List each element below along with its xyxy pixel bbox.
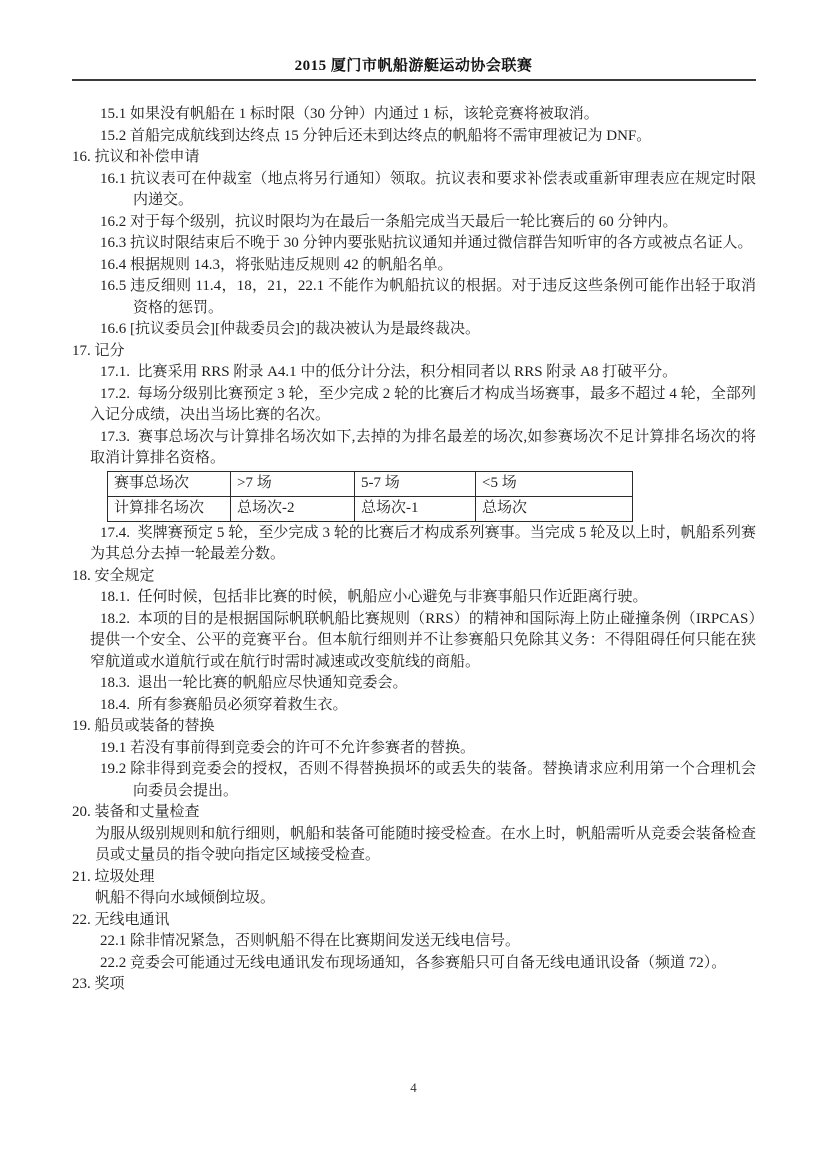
section-18: 18. 安全规定 — [72, 566, 756, 588]
document-body: 15.1 如果没有帆船在 1 标时限（30 分钟）内通过 1 标，该轮竞赛将被取… — [72, 104, 756, 996]
table-row: 计算排名场次总场次-2总场次-1总场次 — [108, 496, 633, 521]
header-divider — [72, 79, 756, 81]
item-18-2: 18.2. 本项的目的是根据国际帆联帆船比赛规则（RRS）的精神和国际海上防止碰… — [72, 609, 756, 674]
section-23: 23. 奖项 — [72, 974, 756, 996]
item-16-4: 16.4 根据规则 14.3，将张贴违反规则 42 的帆船名单。 — [72, 255, 756, 277]
para-21: 帆船不得向水域倾倒垃圾。 — [72, 888, 756, 910]
section-16: 16. 抗议和补偿申请 — [72, 147, 756, 169]
document-page: 2015 厦门市帆船游艇运动协会联赛 15.1 如果没有帆船在 1 标时限（30… — [0, 0, 827, 1169]
para-20: 为服从级别规则和航行细则，帆船和装备可能随时接受检查。在水上时，帆船需听从竞委会… — [72, 824, 756, 867]
section-22: 22. 无线电通讯 — [72, 910, 756, 932]
item-16-2: 16.2 对于每个级别，抗议时限均为在最后一条船完成当天最后一轮比赛后的 60 … — [72, 212, 756, 234]
table-cell: 总场次-2 — [231, 496, 355, 521]
table-cell: 5-7 场 — [355, 471, 476, 496]
item-18-1: 18.1. 任何时候，包括非比赛的时候，帆船应小心避免与非赛事船只作近距离行驶。 — [72, 587, 756, 609]
item-15-2: 15.2 首船完成航线到达终点 15 分钟后还未到达终点的帆船将不需审理被记为 … — [72, 126, 756, 148]
item-16-3: 16.3 抗议时限结束后不晚于 30 分钟内要张贴抗议通知并通过微信群告知听审的… — [72, 233, 756, 255]
table-cell: >7 场 — [231, 471, 355, 496]
item-15-1: 15.1 如果没有帆船在 1 标时限（30 分钟）内通过 1 标，该轮竞赛将被取… — [72, 104, 756, 126]
item-16-6: 16.6 [抗议委员会][仲裁委员会]的裁决被认为是最终裁决。 — [72, 319, 756, 341]
section-21: 21. 垃圾处理 — [72, 867, 756, 889]
section-17: 17. 记分 — [72, 341, 756, 363]
item-19-1: 19.1 若没有事前得到竞委会的许可不允许参赛者的替换。 — [72, 738, 756, 760]
table-cell: 总场次-1 — [355, 496, 476, 521]
item-18-4: 18.4. 所有参赛船员必须穿着救生衣。 — [72, 695, 756, 717]
item-17-1: 17.1. 比赛采用 RRS 附录 A4.1 中的低分计分法，积分相同者以 RR… — [72, 362, 756, 384]
item-18-3: 18.3. 退出一轮比赛的帆船应尽快通知竞委会。 — [72, 673, 756, 695]
page-header-title: 2015 厦门市帆船游艇运动协会联赛 — [0, 57, 827, 75]
table-cell: 总场次 — [476, 496, 633, 521]
item-22-2: 22.2 竞委会可能通过无线电通讯发布现场通知，各参赛船只可自备无线电通讯设备（… — [72, 953, 756, 975]
table-cell: <5 场 — [476, 471, 633, 496]
item-17-4: 17.4. 奖牌赛预定 5 轮，至少完成 3 轮的比赛后才构成系列赛事。当完成 … — [72, 523, 756, 566]
page-footer: 4 — [0, 1080, 827, 1096]
section-20: 20. 装备和丈量检查 — [72, 802, 756, 824]
table-row: 赛事总场次>7 场5-7 场<5 场 — [108, 471, 633, 496]
item-17-3: 17.3. 赛事总场次与计算排名场次如下,去掉的为排名最差的场次,如参赛场次不足… — [72, 427, 756, 470]
page-number: 4 — [410, 1080, 417, 1095]
item-19-2: 19.2 除非得到竞委会的授权，否则不得替换损坏的或丢失的装备。替换请求应利用第… — [72, 759, 756, 802]
scoring-table: 赛事总场次>7 场5-7 场<5 场计算排名场次总场次-2总场次-1总场次 — [107, 471, 633, 522]
item-16-5: 16.5 违反细则 11.4，18，21，22.1 不能作为帆船抗议的根据。对于… — [72, 276, 756, 319]
item-22-1: 22.1 除非情况紧急，否则帆船不得在比赛期间发送无线电信号。 — [72, 931, 756, 953]
item-16-1: 16.1 抗议表可在仲裁室（地点将另行通知）领取。抗议表和要求补偿表或重新审理表… — [72, 169, 756, 212]
table-cell: 赛事总场次 — [108, 471, 231, 496]
item-17-2: 17.2. 每场分级别比赛预定 3 轮，至少完成 2 轮的比赛后才构成当场赛事，… — [72, 384, 756, 427]
section-19: 19. 船员或装备的替换 — [72, 716, 756, 738]
table-cell: 计算排名场次 — [108, 496, 231, 521]
